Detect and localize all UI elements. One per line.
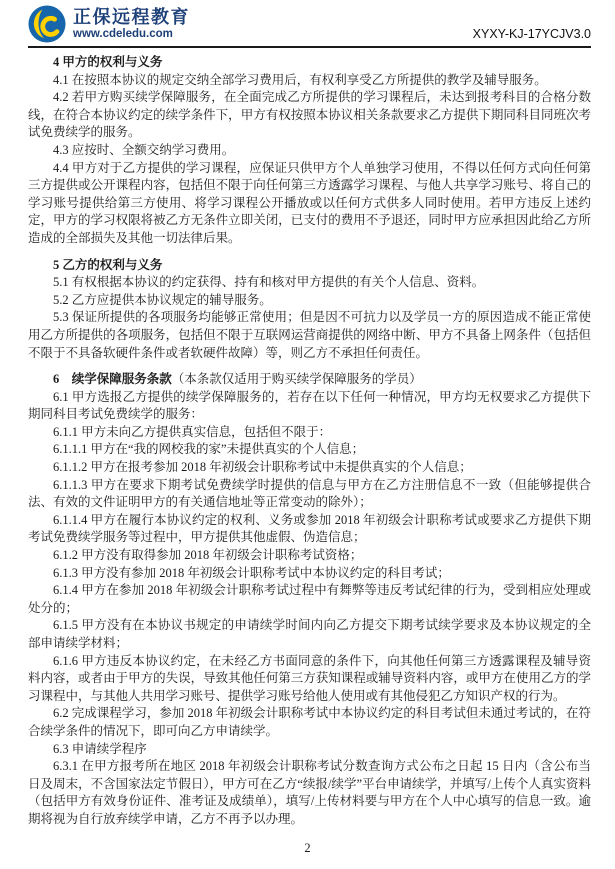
clause-6-1-1-4: 6.1.1.4 甲方在履行本协议约定的权利、义务或参加 2018 年初级会计职称… — [28, 512, 591, 547]
clause-5-2: 5.2 乙方应提供本协议规定的辅导服务。 — [28, 292, 591, 310]
clause-6-1-1: 6.1.1 甲方未向乙方提供真实信息，包括但不限于： — [28, 424, 591, 442]
clause-6-1-1-2: 6.1.1.2 甲方在报考参加 2018 年初级会计职称考试中未提供真实的个人信… — [28, 459, 591, 477]
brand-url: www.cdeledu.com — [73, 28, 190, 41]
section-4-heading: 4 甲方的权利与义务 — [28, 54, 591, 72]
section-6-heading-title: 6 续学保障服务条款 — [53, 372, 172, 386]
clause-6-1-5: 6.1.5 甲方没有在本协议书规定的申请续学时间内向乙方提交下期考试续学要求及本… — [28, 617, 591, 652]
clause-6-1-6: 6.1.6 甲方违反本协议约定，在未经乙方书面同意的条件下，向其他任何第三方透露… — [28, 653, 591, 706]
clause-4-1: 4.1 在按照本协议的规定交纳全部学习费用后，有权利享受乙方所提供的教学及辅导服… — [28, 72, 591, 90]
clause-6-3-1: 6.3.1 在甲方报考所在地区 2018 年初级会计职称考试分数查询方式公布之日… — [28, 758, 591, 828]
section-6-heading-note: （本条款仅适用于购买续学保障服务的学员） — [172, 372, 422, 386]
clause-6-2: 6.2 完成课程学习，参加 2018 年初级会计职称考试中本协议约定的科目考试但… — [28, 705, 591, 740]
brand-logo-icon — [28, 5, 66, 43]
doc-code: XYXY-KJ-17YCJV3.0 — [473, 27, 591, 43]
clause-4-2: 4.2 若甲方购买续学保障服务，在全面完成乙方所提供的学习课程后，未达到报考科目… — [28, 89, 591, 142]
page-number: 2 — [0, 841, 615, 856]
contract-body: 4 甲方的权利与义务 4.1 在按照本协议的规定交纳全部学习费用后，有权利享受乙… — [0, 48, 615, 829]
section-5-heading: 5 乙方的权利与义务 — [28, 257, 591, 275]
clause-4-3: 4.3 应按时、全额交纳学习费用。 — [28, 142, 591, 160]
brand-name: 正保远程教育 — [73, 7, 190, 28]
clause-4-4: 4.4 甲方对于乙方提供的学习课程，应保证只供甲方个人单独学习使用，不得以任何方… — [28, 160, 591, 248]
clause-5-3: 5.3 保证所提供的各项服务均能够正常使用；但是因不可抗力以及学员一方的原因造成… — [28, 309, 591, 362]
clause-6-1: 6.1 甲方选报乙方提供的续学保障服务的，若存在以下任何一种情况，甲方均无权要求… — [28, 389, 591, 424]
clause-6-1-2: 6.1.2 甲方没有取得参加 2018 年初级会计职称考试资格； — [28, 547, 591, 565]
clause-6-1-4: 6.1.4 甲方在参加 2018 年初级会计职称考试过程中有舞弊等违反考试纪律的… — [28, 582, 591, 617]
clause-6-1-1-1: 6.1.1.1 甲方在“我的网校我的家”未提供真实的个人信息； — [28, 441, 591, 459]
clause-6-1-3: 6.1.3 甲方没有参加 2018 年初级会计职称考试中本协议约定的科目考试； — [28, 565, 591, 583]
brand-text-block: 正保远程教育 www.cdeledu.com — [73, 7, 190, 40]
document-page: 正保远程教育 www.cdeledu.com XYXY-KJ-17YCJV3.0… — [0, 0, 615, 869]
brand-logo: 正保远程教育 www.cdeledu.com — [28, 5, 190, 43]
clause-6-3: 6.3 申请续学程序 — [28, 741, 591, 759]
clause-5-1: 5.1 有权根据本协议的约定获得、持有和核对甲方提供的有关个人信息、资料。 — [28, 274, 591, 292]
page-header: 正保远程教育 www.cdeledu.com XYXY-KJ-17YCJV3.0 — [0, 0, 615, 46]
section-6-heading: 6 续学保障服务条款（本条款仅适用于购买续学保障服务的学员） — [28, 371, 591, 389]
clause-6-1-1-3: 6.1.1.3 甲方在要求下期考试免费续学时提供的信息与甲方在乙方注册信息不一致… — [28, 477, 591, 512]
